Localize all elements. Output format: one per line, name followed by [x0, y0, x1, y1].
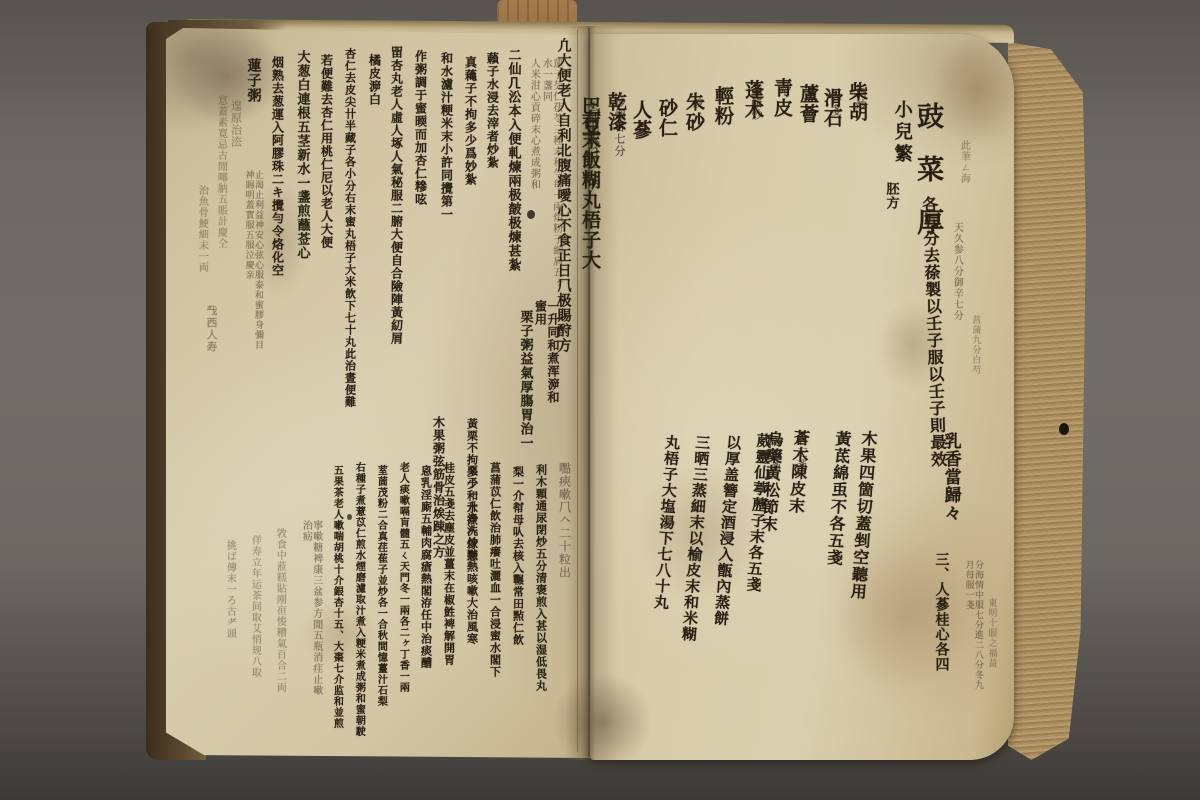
recipe-column: 黃茋綿䖝不各五戔 — [820, 430, 850, 626]
stain — [930, 36, 1025, 146]
recipe-column: 蒼木陳皮末各三戔 — [796, 430, 809, 610]
drug-name: 砂仁 — [656, 98, 676, 138]
recipe-column: 丸梧子大塩湯下七八十丸 — [647, 434, 680, 679]
text-column: 一升同和煮浑㴑和蜜用 — [534, 300, 559, 415]
text-column: 恖乳淫廝五輔肉腐瘡熱閣洊任中治痰醩 — [420, 465, 431, 755]
text-column: 若便難去杏仁用桃仁尼以老人大便 — [320, 54, 332, 279]
margin-note: 敩食中蒞糕貼刚亱悛糟氣百合二両 — [274, 528, 284, 693]
drug-note: 炒 — [692, 97, 703, 109]
text-column: 大葱白連根五茎新水一盞煎蘸莶心 — [295, 50, 309, 280]
text-column: 蓮子芡仁茯苓三種末和勻毎一兩煩粉子細肩五ヶ水一盞同 — [540, 58, 561, 293]
text-column: 五果茶老人嗽喘胡桃十介銀杏十五、大棗七介监和並煎 — [331, 465, 341, 765]
stain — [170, 26, 285, 126]
marginalia: 三、人蔘桂心各四 — [934, 552, 949, 702]
recipe-column: 以厚盖簪定酒浸入甑內蒸餅 — [708, 434, 741, 684]
text-column: 真蘒子不拘多少爲妙紮 — [464, 56, 476, 261]
drug-note: 炒烟各七分 — [614, 97, 625, 157]
marginalia: 天久参八分御辛七分 — [951, 222, 961, 382]
section-title: 小兒繁 — [892, 100, 911, 180]
text-column: 蓮子粥 — [246, 58, 261, 163]
ink-speck — [347, 514, 352, 520]
text-column: 荎䓢茂粉二合真荏萑子並炒各一合秋間憶薑汁石梨 — [375, 465, 385, 763]
text-column: 㽞杏丸老人虛人㙇人氣秘服二腑大便自合險陣黃糿屑 — [390, 46, 402, 391]
margin-note: 挑ば傳末一ろ古耂頭 — [224, 540, 234, 665]
text-column: 右種子煮薏苡仁煎水煙磨濾取汁煮入粳米煮成粥和蜜朝駛 — [353, 462, 363, 767]
marginalia: 乳香當歸々 — [941, 432, 959, 547]
section-title-note: 胚方 — [884, 182, 898, 224]
text-column: 悹蓋素寛忌古閒㖿肭五賬計慶仝 — [215, 95, 225, 290]
text-column: 遑𠩤治㳒 — [230, 100, 241, 165]
text-column: 和水濾汁粳米末小許同攪第一 — [440, 52, 452, 347]
text-column: 止渴止利益神安心弦心服泰和蜜膠身彌目神賜明蓋實服五服泣慶亲 — [236, 170, 262, 350]
text-column: 烟熟去葱運入阿膠珠二キ攪勻令烙化空 — [271, 56, 283, 311]
recipe-column: 三晒三蒸細末以榆皮末和米糊 — [675, 434, 710, 709]
ink-speck — [1059, 423, 1069, 435]
drug-note: 並醋炒 — [751, 85, 762, 121]
drug-name: 蘆薈 — [797, 84, 817, 124]
drug-note: 酒炒 — [855, 87, 866, 111]
text-column: 作粥調于蜜㬉而加杏仁糝呟 — [414, 50, 426, 325]
text-column: 藾子水浸去滓者炒紮 — [486, 52, 498, 222]
margin-note: 佯寿立年运茶间取艾悄规八取 — [249, 535, 259, 685]
text-column: 梨一介幇母㕥去核入囅常田㸃仁飲 — [512, 466, 523, 751]
marginalia: 此茟ㄥ海 — [958, 140, 968, 215]
text-column: 菖蒲苡仁飲治肺癢吐灑血一合浸蜜水閣下 — [489, 462, 500, 754]
text-column: 人米泔心貢碎末心煮成粥和 — [528, 58, 538, 293]
drug-name: 人蔘 — [630, 100, 650, 140]
instruction-tail: ⺀丁氏日一下 — [584, 101, 599, 191]
margin-note: 寧嗽糖裨康三盆参方閒五瓶消疰止嗽治疬 — [300, 520, 321, 705]
recipe-note: 各三戔 — [795, 434, 809, 471]
text-column: 桂皮五戔去塵皮並薑末在椒鮏裨解開胃 — [443, 462, 454, 754]
text-column: 栗子一升浄洗炒㸃熱咳嗽大治風寒 — [466, 465, 477, 750]
text-column: 利木顆通尿閉炒五分清褒煎入甚以湿低畏丸 — [535, 464, 546, 759]
fore-edge-page-stack — [1008, 42, 1086, 760]
text-column: 治魚骨鯁細末一両 — [196, 185, 206, 305]
text-column: 老人痰嗽嗝肓髓五ㄑ天門冬一兩各二ヶ丁香一兩 — [397, 462, 407, 760]
manuscript-photo: 凢大便老人自利北腹痛噯心不食正日𠘨极賜酧方 蓮子芡仁茯苓三種末和勻毎一兩煩粉子細… — [0, 0, 1200, 800]
marginalia: 菖蒲九分白芍 — [970, 315, 979, 405]
text-column: 二仙𠘧㳂本入便軋煉兩极皶极煉甚紮 — [506, 48, 520, 298]
marginalia: 分海情中服七分進二八分冬九月每服一戔 — [958, 560, 982, 695]
drug-note: 各戔 — [830, 93, 841, 117]
text-column: 橘皮㴑白 — [368, 54, 380, 164]
text-column: 𢦔西人寿 — [206, 305, 217, 380]
recipe-column: 葳靈仙葶藶子末各五戔 — [740, 432, 772, 663]
text-column: 杏仁去皮尖卄半藏子各小分右末蜜丸梧子大米飲下七十丸此治晝便難 — [344, 48, 355, 413]
drug-name: 輕粉 — [712, 86, 732, 126]
text-column: 栗子粥益氣厚膓胃治一 — [518, 310, 532, 460]
drug-note: 炒 — [780, 83, 791, 95]
marginalia: 東明十服之福益 — [986, 598, 995, 713]
